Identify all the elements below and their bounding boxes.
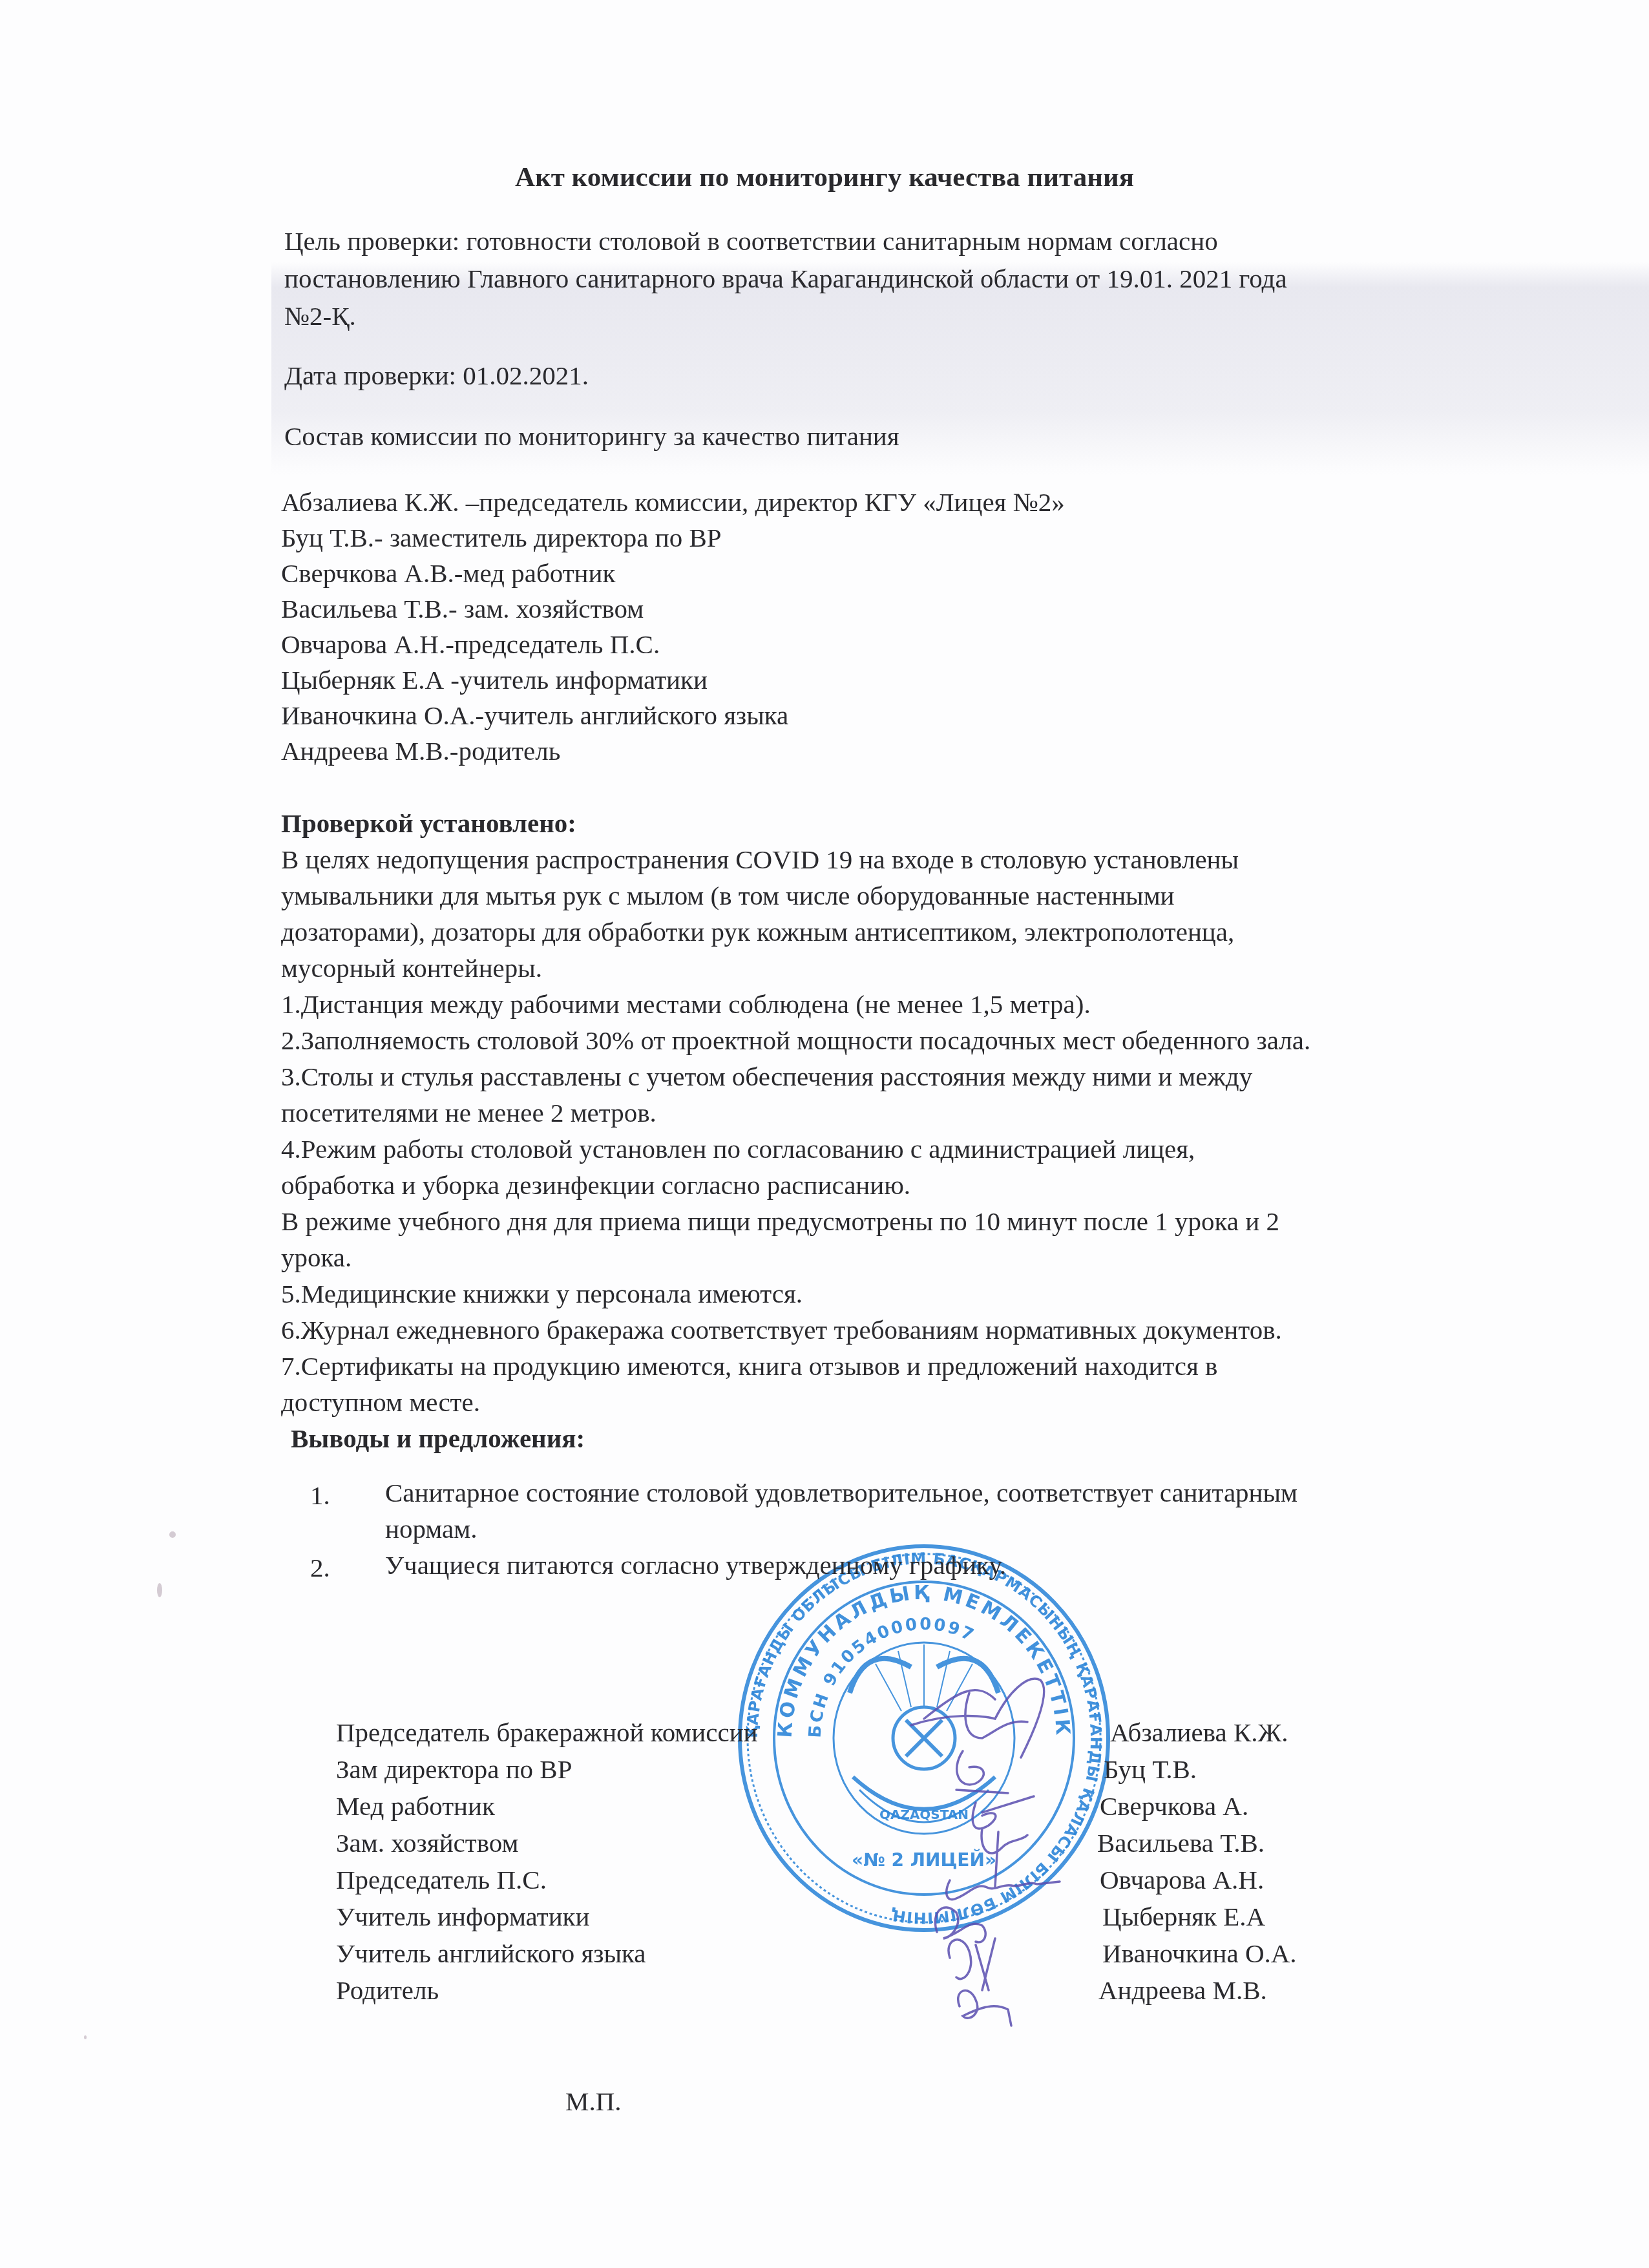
signature-name: Овчарова А.Н.: [1100, 1864, 1264, 1895]
findings-line: В целях недопущения распространения COVI…: [281, 846, 1239, 873]
commission-member: Сверчкова А.В.-мед работник: [281, 560, 615, 587]
signature-name: Андреева М.В.: [1098, 1975, 1267, 2006]
signature-role: Председатель бракеражной комиссии: [336, 1717, 758, 1748]
findings-line: посетителями не менее 2 метров.: [281, 1100, 656, 1126]
signature-name: Цыберняк Е.А: [1102, 1901, 1265, 1932]
commission-member: Андреева М.В.-родитель: [281, 738, 560, 764]
signature-role: Родитель: [336, 1975, 439, 2006]
conclusion-number: 2.: [310, 1552, 330, 1583]
findings-line: В режиме учебного дня для приема пищи пр…: [281, 1208, 1279, 1235]
findings-heading: Проверкой установлено:: [281, 810, 576, 837]
conclusion-line: нормам.: [385, 1516, 477, 1542]
findings-line: умывальники для мытья рук с мылом (в том…: [281, 883, 1175, 909]
purpose-line-2: постановлению Главного санитарного врача…: [284, 266, 1287, 292]
commission-member: Иваночкина О.А.-учитель английского язык…: [281, 702, 788, 729]
conclusion-line: Учащиеся питаются согласно утвержденному…: [385, 1552, 1006, 1579]
findings-line: обработка и уборка дезинфекции согласно …: [281, 1172, 910, 1199]
findings-line: 5.Медицинские книжки у персонала имеются…: [281, 1281, 803, 1307]
document-title: Акт комиссии по мониторингу качества пит…: [0, 163, 1649, 191]
scan-speck: [157, 1583, 162, 1597]
commission-member: Абзалиева К.Ж. –председатель комиссии, д…: [281, 489, 1065, 516]
findings-line: мусорный контейнеры.: [281, 955, 542, 982]
commission-member: Овчарова А.Н.-председатель П.С.: [281, 631, 660, 658]
signature-name: Абзалиева К.Ж.: [1110, 1717, 1288, 1748]
findings-line: 1.Дистанция между рабочими местами соблю…: [281, 991, 1091, 1018]
commission-member: Цыберняк Е.А -учитель информатики: [281, 667, 708, 693]
conclusions-heading: Выводы и предложения:: [291, 1425, 585, 1452]
signature-role: Мед работник: [336, 1790, 495, 1822]
findings-line: 3.Столы и стулья расставлены с учетом об…: [281, 1064, 1252, 1090]
commission-member: Васильева Т.В.- зам. хозяйством: [281, 596, 644, 622]
stamp-place-mark: М.П.: [565, 2088, 622, 2115]
purpose-line-3: №2-Қ.: [284, 303, 356, 330]
conclusion-number: 1.: [310, 1480, 330, 1511]
conclusion-line: Санитарное состояние столовой удовлетвор…: [385, 1480, 1297, 1506]
signature-role: Председатель П.С.: [336, 1864, 547, 1895]
findings-line: 2.Заполняемость столовой 30% от проектно…: [281, 1027, 1310, 1054]
signature-name: Иваночкина О.А.: [1102, 1938, 1297, 1969]
inspection-date: Дата проверки: 01.02.2021.: [284, 362, 589, 389]
signature-role: Зам директора по ВР: [336, 1754, 572, 1785]
findings-line: урока.: [281, 1244, 352, 1271]
signature-name: Васильева Т.В.: [1097, 1827, 1265, 1858]
purpose-line-1: Цель проверки: готовности столовой в соо…: [284, 228, 1218, 255]
findings-line: 7.Сертификаты на продукцию имеются, книг…: [281, 1353, 1217, 1380]
signature-role: Учитель информатики: [336, 1901, 589, 1932]
findings-line: 4.Режим работы столовой установлен по со…: [281, 1136, 1195, 1162]
commission-heading: Состав комиссии по мониторингу за качест…: [284, 423, 899, 450]
signature-role: Учитель английского языка: [336, 1938, 646, 1969]
findings-line: 6.Журнал ежедневного бракеража соответст…: [281, 1317, 1282, 1343]
findings-line: доступном месте.: [281, 1389, 480, 1416]
signature-name: Буц Т.В.: [1104, 1754, 1197, 1785]
scan-speck: [169, 1531, 176, 1538]
signature-name: Сверчкова А.: [1100, 1790, 1248, 1822]
scan-speck: [84, 2035, 87, 2039]
handwritten-signatures-icon: [898, 1654, 1105, 2029]
commission-member: Буц Т.В.- заместитель директора по ВР: [281, 525, 722, 551]
signature-role: Зам. хозяйством: [336, 1827, 518, 1858]
findings-line: дозаторами), дозаторы для обработки рук …: [281, 919, 1234, 945]
